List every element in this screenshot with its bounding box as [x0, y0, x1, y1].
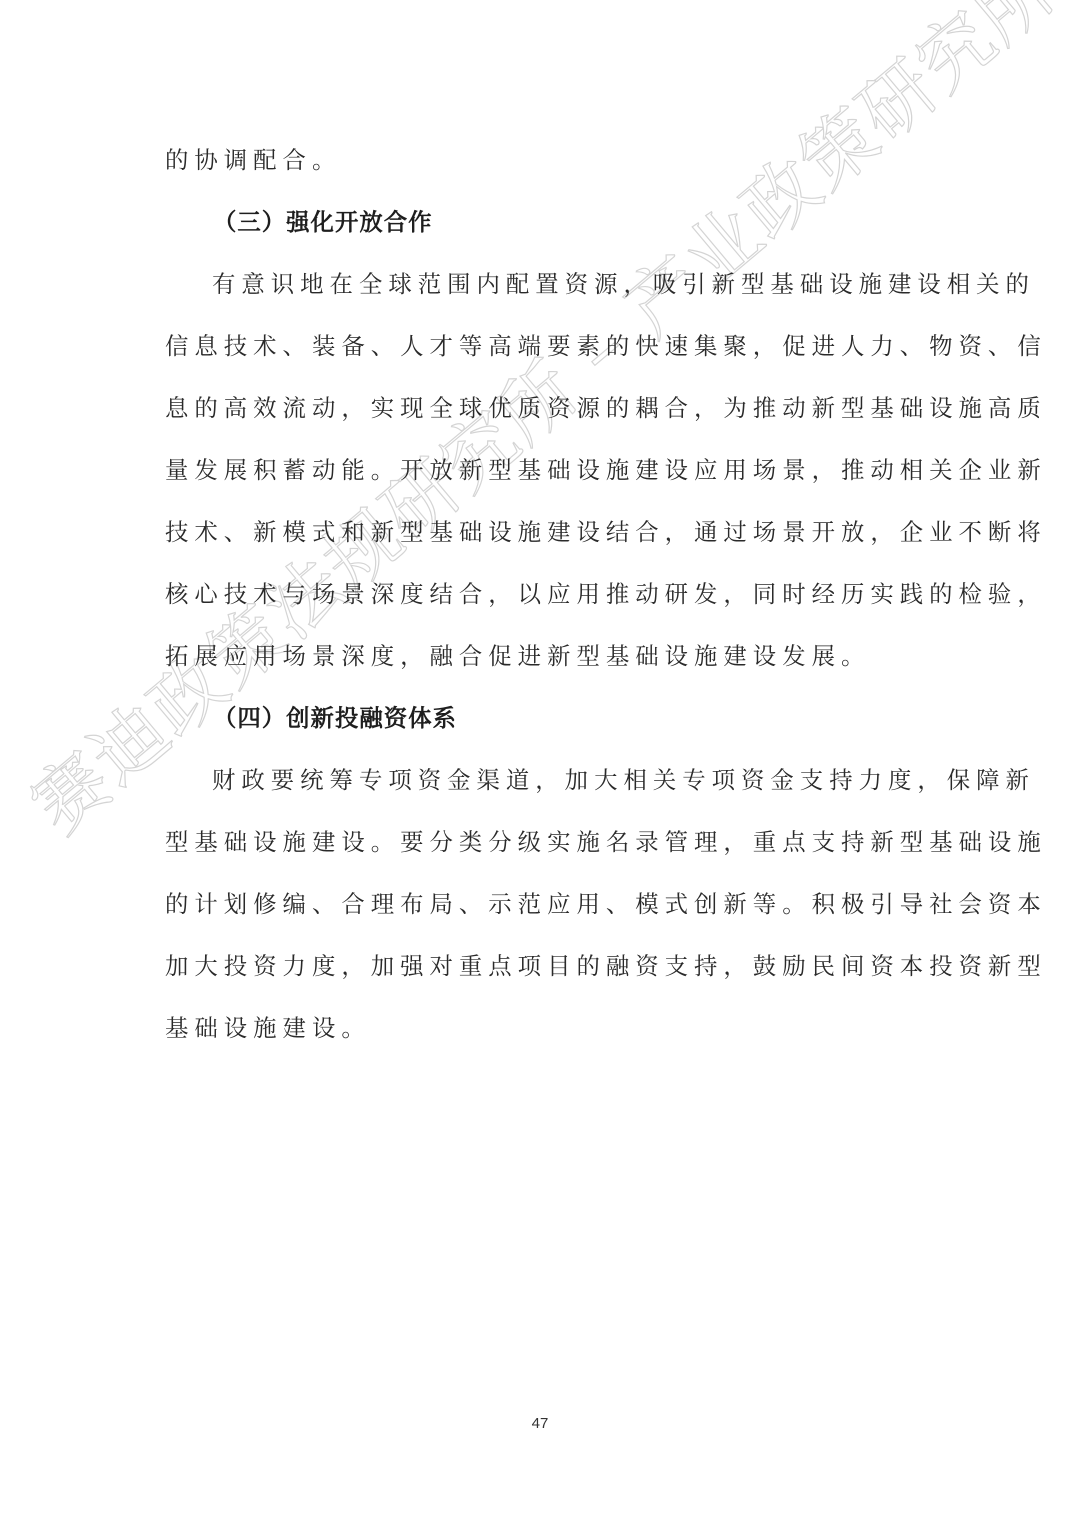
text-line: 息的高效流动，实现全球优质资源的耦合，为推动新型基础设施高质: [165, 384, 917, 446]
text-line: 量发展积蓄动能。开放新型基础设施建设应用场景，推动相关企业新: [165, 446, 917, 508]
text-line: 的计划修编、合理布局、示范应用、模式创新等。积极引导社会资本: [165, 880, 917, 942]
text-line: 财政要统筹专项资金渠道，加大相关专项资金支持力度，保障新: [165, 756, 917, 818]
text-line: 基础设施建设。: [165, 1004, 917, 1066]
section-3-paragraph: 有意识地在全球范围内配置资源，吸引新型基础设施建设相关的 信息技术、装备、人才等…: [165, 260, 917, 694]
text-line: 信息技术、装备、人才等高端要素的快速集聚，促进人力、物资、信: [165, 322, 917, 384]
text-line: 拓展应用场景深度，融合促进新型基础设施建设发展。: [165, 632, 917, 694]
page-content: 的协调配合。 （三）强化开放合作 有意识地在全球范围内配置资源，吸引新型基础设施…: [165, 136, 917, 1066]
text-line: 型基础设施建设。要分类分级实施名录管理，重点支持新型基础设施: [165, 818, 917, 880]
paragraph-continuation: 的协调配合。: [165, 136, 917, 198]
section-heading-4: （四）创新投融资体系: [165, 694, 917, 756]
document-page: 赛迪政策法规研究所 – 产业政策研究所 的协调配合。 （三）强化开放合作 有意识…: [0, 0, 1080, 1527]
text-line: 加大投资力度，加强对重点项目的融资支持，鼓励民间资本投资新型: [165, 942, 917, 1004]
section-4-paragraph: 财政要统筹专项资金渠道，加大相关专项资金支持力度，保障新 型基础设施建设。要分类…: [165, 756, 917, 1066]
text-line: 核心技术与场景深度结合，以应用推动研发，同时经历实践的检验，: [165, 570, 917, 632]
page-number: 47: [0, 1415, 1080, 1432]
text-line: 技术、新模式和新型基础设施建设结合，通过场景开放，企业不断将: [165, 508, 917, 570]
text-line: 有意识地在全球范围内配置资源，吸引新型基础设施建设相关的: [165, 260, 917, 322]
section-heading-3: （三）强化开放合作: [165, 198, 917, 260]
